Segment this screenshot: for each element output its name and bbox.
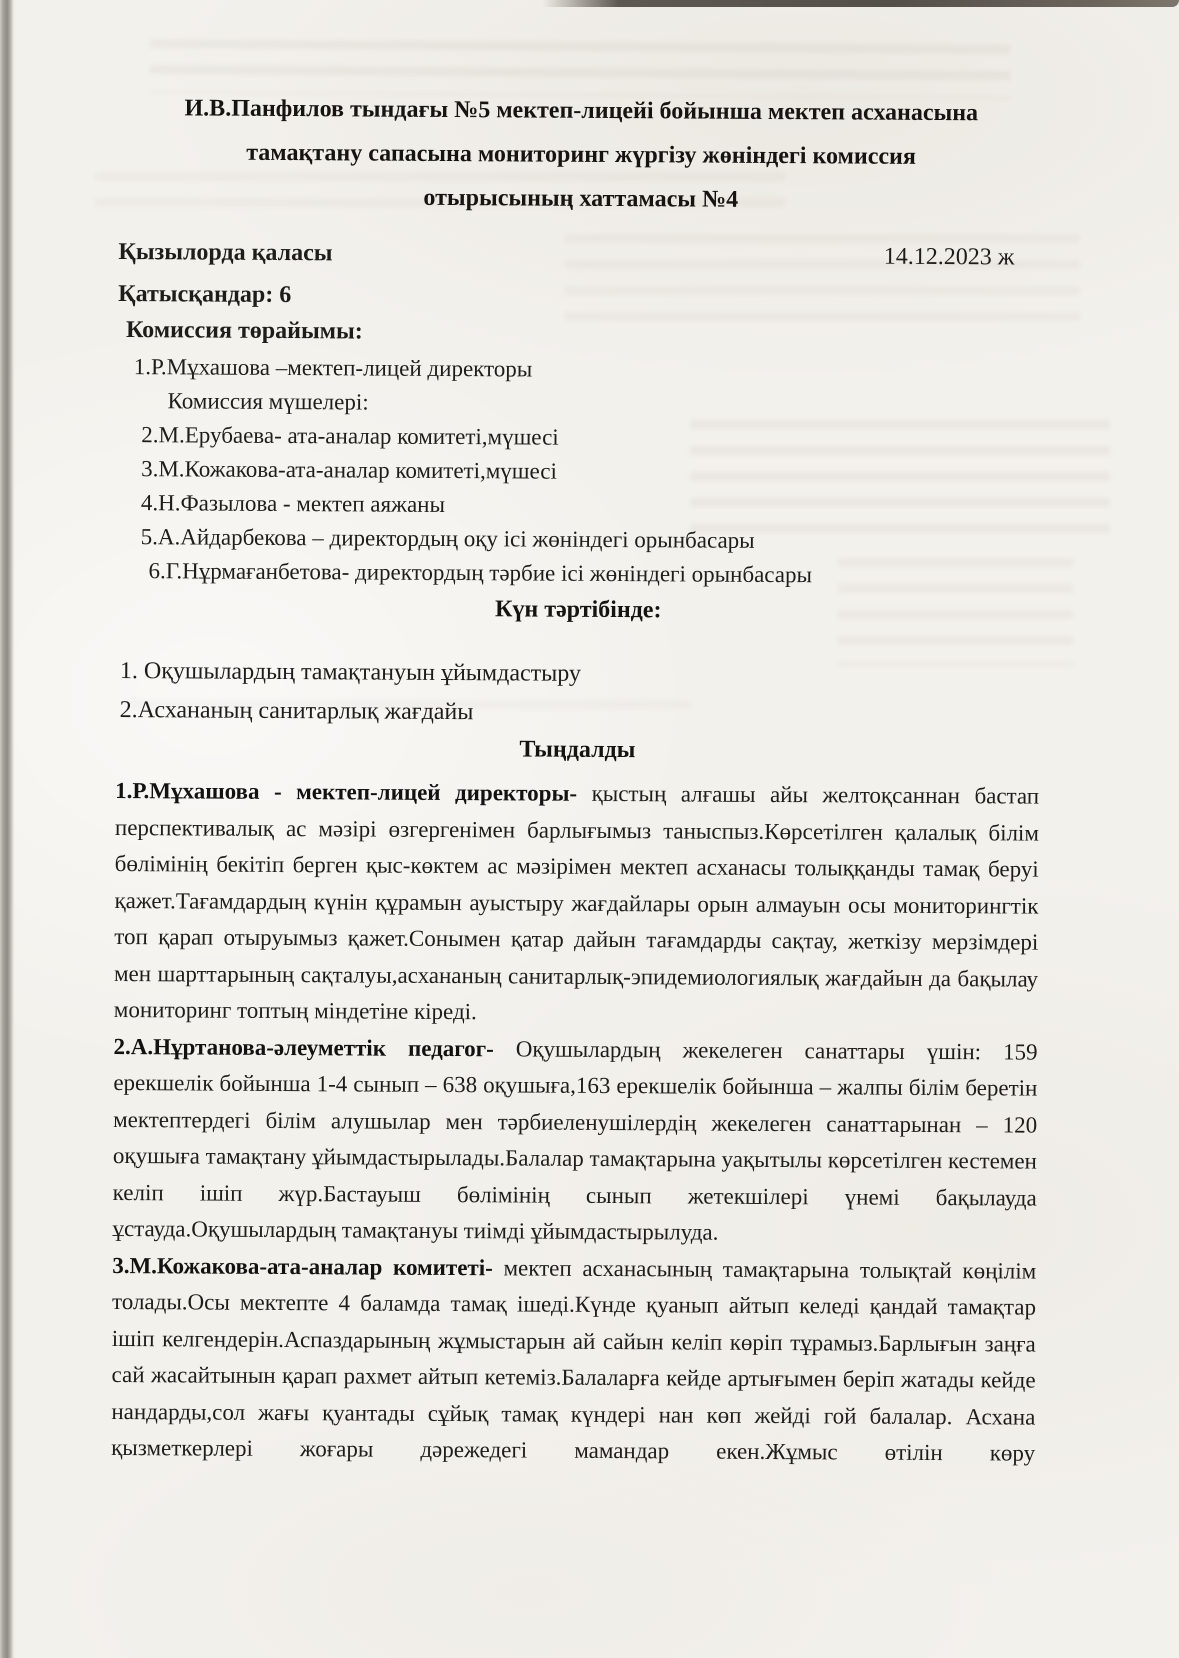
scan-page: { "page": { "title_lines": [ "И.В.Панфил… — [0, 0, 1179, 1658]
chair-item: 1.Р.Мұхашова –мектеп-лицей директоры — [118, 350, 1042, 390]
speech-paragraph: 2.А.Нұртанова-әлеуметтік педагог- Оқушыл… — [112, 1028, 1037, 1253]
speech-text: Оқушылардың жекелеген санаттары үшін: 15… — [112, 1036, 1037, 1245]
member-item: 3.М.Кожакова-ата-аналар комитеті,мүшесі — [117, 452, 1041, 492]
speaker-lead: 1.Р.Мұхашова - мектеп-лицей директоры- — [115, 778, 577, 806]
commission-list: 1.Р.Мұхашова –мектеп-лицей директоры Ком… — [116, 350, 1041, 594]
title-line: тамақтану сапасына мониторинг жүргізу жө… — [119, 130, 1043, 180]
member-item: 6.Г.Нұрмағанбетова- директордың тәрбие і… — [116, 554, 1040, 594]
doc-title: И.В.Панфилов тындағы №5 мектеп-лицейі бо… — [119, 86, 1044, 224]
doc-date: 14.12.2023 ж — [884, 241, 1043, 274]
member-item: 4.Н.Фазылова - мектеп аяжаны — [117, 486, 1041, 526]
agenda-item: 1. Оқушылардың тамақтануын ұйымдастыру — [120, 652, 1040, 697]
speeches-section: 1.Р.Мұхашова - мектеп-лицей директоры- қ… — [111, 773, 1039, 1472]
speaker-lead: 2.А.Нұртанова-әлеуметтік педагог- — [114, 1033, 494, 1060]
agenda-item: 2.Асхананың санитарлық жағдайы — [120, 691, 1040, 736]
title-line: И.В.Панфилов тындағы №5 мектеп-лицейі бо… — [119, 86, 1043, 136]
speaker-lead: 3.М.Кожакова-ата-аналар комитеті- — [112, 1252, 493, 1279]
speech-text: мектеп асханасының тамақтарына толықтай … — [111, 1255, 1036, 1466]
participants-count: Қатысқандар: 6 — [118, 278, 1042, 316]
meta-row: Қызылорда қаласы 14.12.2023 ж — [118, 236, 1042, 274]
member-item: 2.М.Ерубаева- ата-аналар комитеті,мүшесі — [117, 418, 1041, 458]
city-name: Қызылорда қаласы — [118, 236, 332, 269]
page-left-edge — [0, 0, 15, 1658]
members-heading: Комиссия мүшелері: — [117, 384, 1041, 424]
title-line: отырысының хаттамасы №4 — [119, 174, 1043, 224]
agenda-list: 1. Оқушылардың тамақтануын ұйымдастыру 2… — [116, 652, 1040, 736]
speech-paragraph: 1.Р.Мұхашова - мектеп-лицей директоры- қ… — [114, 773, 1040, 1034]
agenda-heading: Күн тәртібінде: — [116, 590, 1040, 630]
member-item: 5.А.Айдарбекова – директордың оқу ісі жө… — [117, 520, 1041, 560]
speech-paragraph: 3.М.Кожакова-ата-аналар комитеті- мектеп… — [111, 1247, 1036, 1472]
heard-heading: Тыңдалды — [115, 730, 1039, 770]
document-content: И.В.Панфилов тындағы №5 мектеп-лицейі бо… — [111, 0, 1044, 1472]
speech-text: қыстың алғашы айы желтоқсаннан бастап пе… — [114, 781, 1039, 1024]
chair-heading: Комиссия төрайымы: — [118, 314, 1042, 352]
